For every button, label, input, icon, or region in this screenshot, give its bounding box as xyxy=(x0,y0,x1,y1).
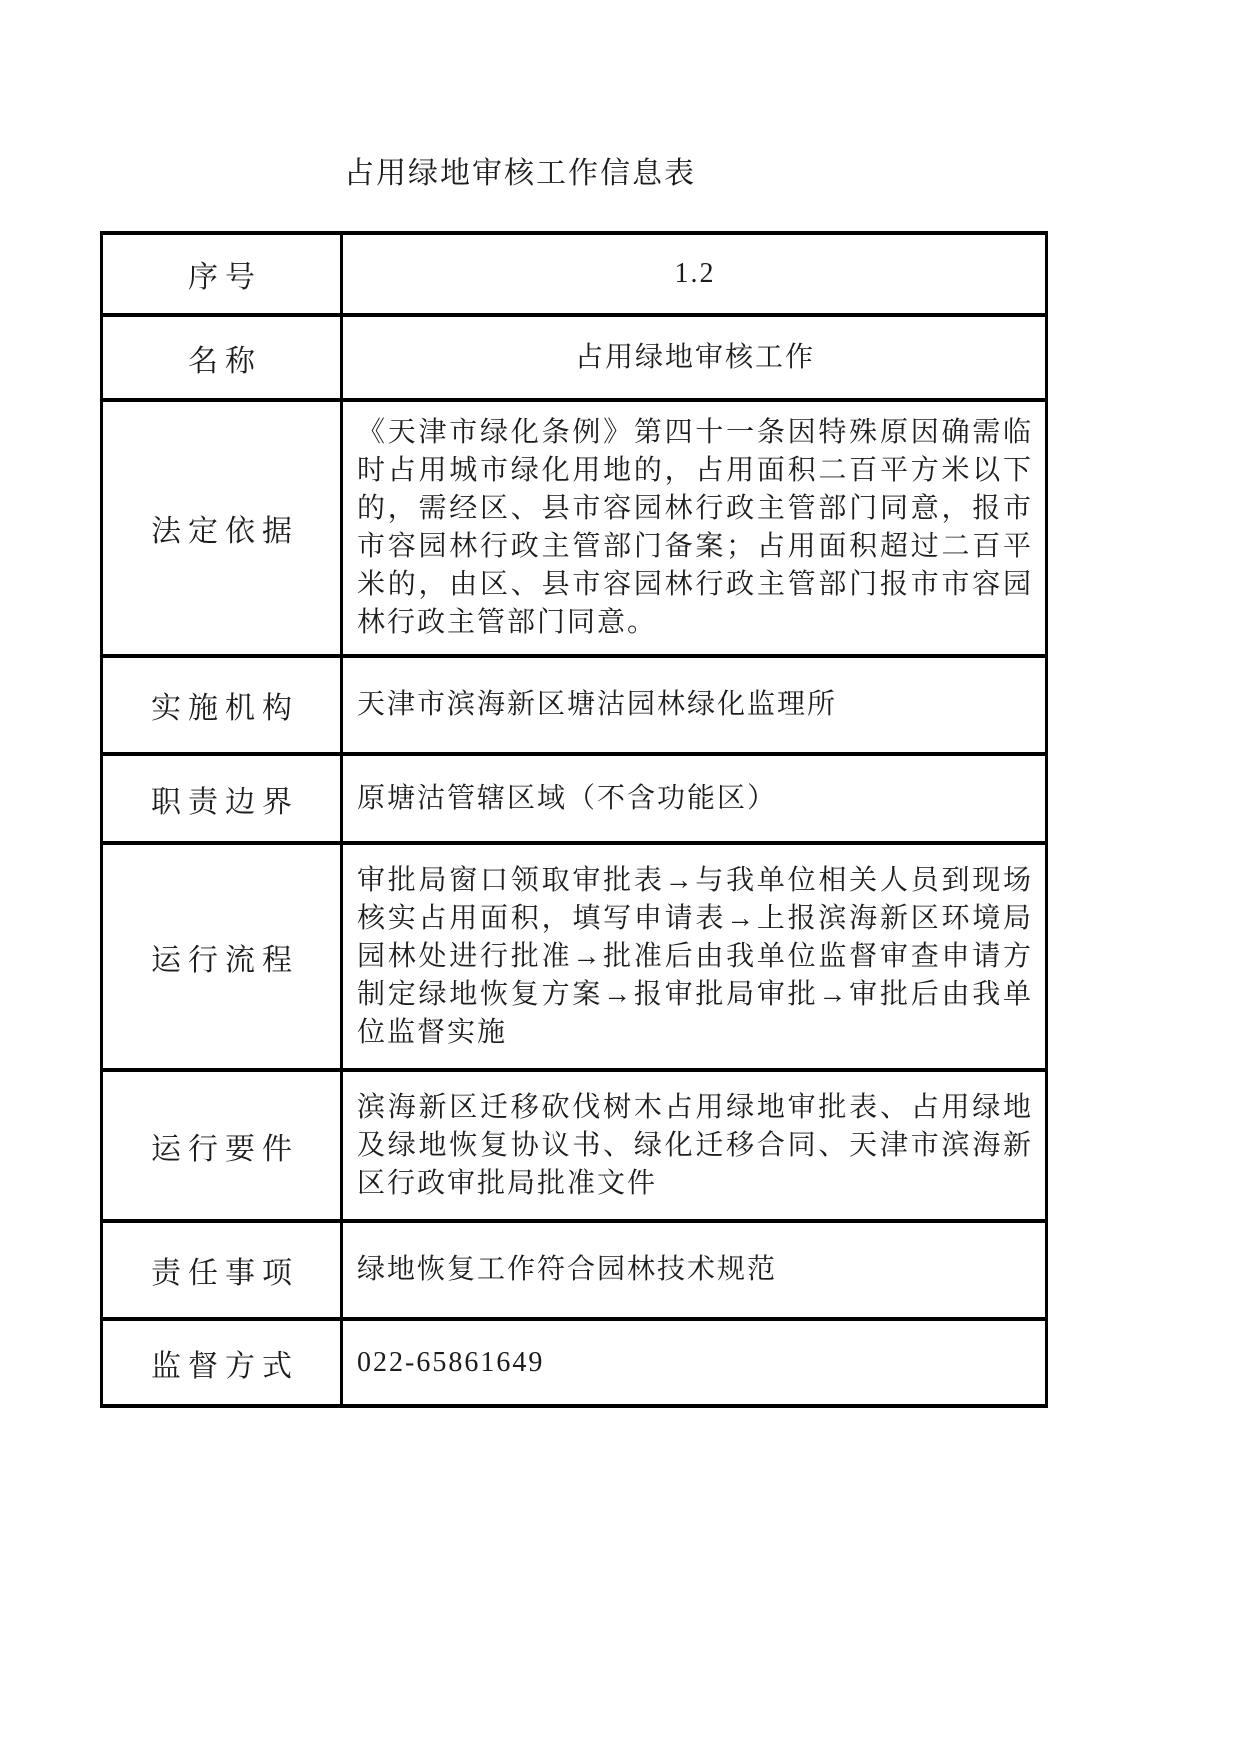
table-row: 职责边界原塘沽管辖区域（不含功能区） xyxy=(102,754,1047,843)
info-table: 序号1.2名称占用绿地审核工作法定依据《天津市绿化条例》第四十一条因特殊原因确需… xyxy=(100,231,1048,1408)
row-value: 原塘沽管辖区域（不含功能区） xyxy=(342,754,1047,843)
row-label: 监督方式 xyxy=(102,1319,342,1406)
row-label: 运行流程 xyxy=(102,843,342,1070)
table-row: 法定依据《天津市绿化条例》第四十一条因特殊原因确需临时占用城市绿化用地的，占用面… xyxy=(102,400,1047,656)
row-label: 法定依据 xyxy=(102,400,342,656)
table-row: 名称占用绿地审核工作 xyxy=(102,315,1047,400)
row-value: 绿地恢复工作符合园林技术规范 xyxy=(342,1221,1047,1319)
row-label: 实施机构 xyxy=(102,656,342,754)
row-label: 序号 xyxy=(102,233,342,315)
row-value: 审批局窗口领取审批表→与我单位相关人员到现场核实占用面积，填写申请表→上报滨海新… xyxy=(342,843,1047,1070)
table-row: 实施机构天津市滨海新区塘沽园林绿化监理所 xyxy=(102,656,1047,754)
table-row: 序号1.2 xyxy=(102,233,1047,315)
page-title: 占用绿地审核工作信息表 xyxy=(0,148,1040,192)
row-value: 《天津市绿化条例》第四十一条因特殊原因确需临时占用城市绿化用地的，占用面积二百平… xyxy=(342,400,1047,656)
table-row: 责任事项绿地恢复工作符合园林技术规范 xyxy=(102,1221,1047,1319)
row-label: 职责边界 xyxy=(102,754,342,843)
row-label: 责任事项 xyxy=(102,1221,342,1319)
row-value: 滨海新区迁移砍伐树木占用绿地审批表、占用绿地及绿地恢复协议书、绿化迁移合同、天津… xyxy=(342,1070,1047,1221)
row-label: 名称 xyxy=(102,315,342,400)
row-value: 天津市滨海新区塘沽园林绿化监理所 xyxy=(342,656,1047,754)
row-label: 运行要件 xyxy=(102,1070,342,1221)
table-row: 运行要件滨海新区迁移砍伐树木占用绿地审批表、占用绿地及绿地恢复协议书、绿化迁移合… xyxy=(102,1070,1047,1221)
table-row: 监督方式022-65861649 xyxy=(102,1319,1047,1406)
document-page: 占用绿地审核工作信息表 序号1.2名称占用绿地审核工作法定依据《天津市绿化条例》… xyxy=(0,0,1241,1754)
table-row: 运行流程审批局窗口领取审批表→与我单位相关人员到现场核实占用面积，填写申请表→上… xyxy=(102,843,1047,1070)
row-value: 1.2 xyxy=(342,233,1047,315)
row-value: 占用绿地审核工作 xyxy=(342,315,1047,400)
info-table-body: 序号1.2名称占用绿地审核工作法定依据《天津市绿化条例》第四十一条因特殊原因确需… xyxy=(102,233,1047,1406)
row-value: 022-65861649 xyxy=(342,1319,1047,1406)
